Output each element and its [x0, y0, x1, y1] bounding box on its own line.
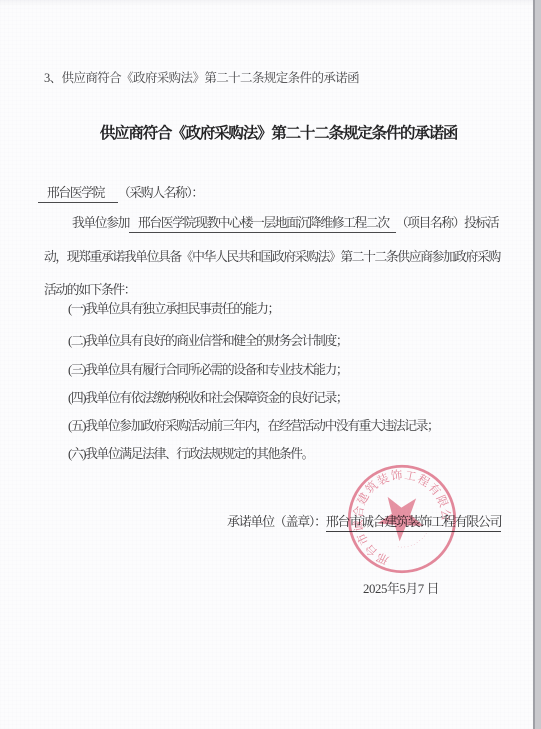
body-paragraph-line-2: 动，现郑重承诺我单位具备《中华人民共和国政府采购法》第二十二条供应商参加政府采购 [44, 246, 500, 265]
addressee-line: 邢台医学院（采购人名称）： [38, 182, 203, 203]
condition-item-5: (五)我单位参加政府采购活动前三年内，在经营活动中没有重大违法记录； [68, 415, 438, 434]
condition-item-4: (四)我单位有依法缴纳税收和社会保障资金的良好记录； [68, 387, 347, 406]
signature-company-name: 邢台市诚合建筑装饰工程有限公司 [326, 511, 502, 532]
addressee-suffix: （采购人名称）： [118, 186, 203, 200]
body-paragraph-line-1: 我单位参加邢台医学院现教中心楼一层地面沉降维修工程二次（项目名称）投标活 [44, 212, 498, 233]
condition-item-6: (六)我单位满足法律、行政法规规定的其他条件。 [68, 443, 313, 462]
line1-suffix: （项目名称）投标活 [396, 216, 499, 230]
scan-page-right-edge [533, 0, 541, 729]
document-title: 供应商符合《政府采购法》第二十二条规定条件的承诺函 [56, 121, 501, 143]
signature-line: 承诺单位（盖章）：邢台市诚合建筑装饰工程有限公司 [227, 511, 501, 532]
condition-item-1: (一)我单位具有独立承担民事责任的能力； [68, 298, 279, 317]
condition-item-2: (二)我单位具有良好的商业信誉和健全的财务会计制度； [68, 330, 347, 349]
purchaser-name-blank: 邢台医学院 [38, 182, 118, 203]
date-line: 2025年5月7 日 [363, 578, 439, 597]
scanned-document-page: 3、供应商符合《政府采购法》第二十二条规定条件的承诺函 供应商符合《政府采购法》… [0, 0, 541, 729]
attachment-index-line: 3、供应商符合《政府采购法》第二十二条规定条件的承诺函 [44, 68, 359, 86]
signature-label: 承诺单位（盖章）： [227, 514, 326, 529]
seal-ring-text: 邢台市诚合建筑装饰工程有限公司 [322, 439, 461, 580]
body-paragraph-line-3: 活动的如下条件： [44, 279, 135, 298]
project-name-blank: 邢台医学院现教中心楼一层地面沉降维修工程二次 [129, 212, 396, 233]
line1-prefix: 我单位参加 [72, 216, 129, 230]
condition-item-3: (三)我单位具有履行合同所必需的设备和专业技术能力； [68, 359, 347, 378]
